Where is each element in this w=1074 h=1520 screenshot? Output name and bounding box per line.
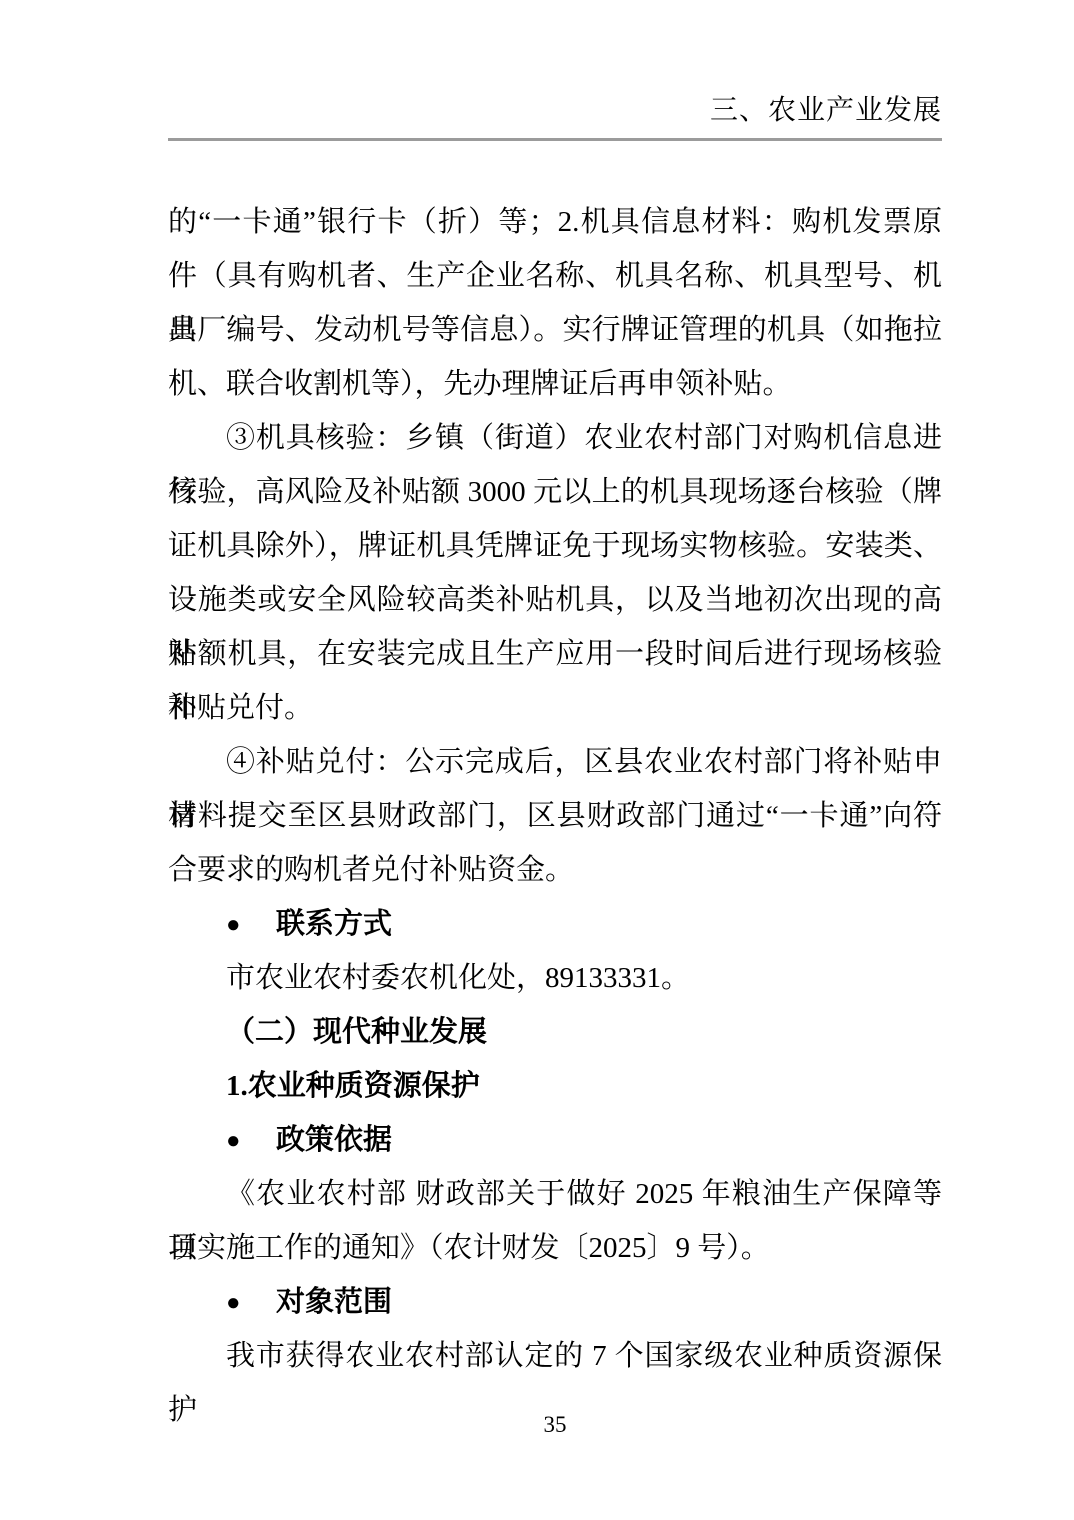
- paragraph-line: 材料提交至区县财政部门，区县财政部门通过“一卡通”向符: [168, 789, 942, 843]
- bullet-item: ●对象范围: [168, 1275, 942, 1329]
- bullet-heading-label: 对象范围: [276, 1286, 392, 1318]
- bullet-icon: ●: [226, 1276, 276, 1330]
- document-body: 的“一卡通”银行卡（折）等；2.机具信息材料：购机发票原件（具有购机者、生产企业…: [168, 195, 942, 1383]
- paragraph-line: 我市获得农业农村部认定的 7 个国家级农业种质资源保护: [168, 1329, 942, 1383]
- section-heading: （二）现代种业发展: [168, 1005, 942, 1059]
- bullet-heading-label: 联系方式: [276, 908, 392, 940]
- paragraph-line: ③机具核验：乡镇（街道）农业农村部门对购机信息进行: [168, 411, 942, 465]
- paragraph-line: 证机具除外），牌证机具凭牌证免于现场实物核验。安装类、: [168, 519, 942, 573]
- paragraph-line: 设施类或安全风险较高类补贴机具，以及当地初次出现的高补: [168, 573, 942, 627]
- bullet-heading-label: 政策依据: [276, 1124, 392, 1156]
- paragraph-line: 机、联合收割机等），先办理牌证后再申领补贴。: [168, 357, 942, 411]
- bullet-icon: ●: [226, 898, 276, 952]
- paragraph-line: 的“一卡通”银行卡（折）等；2.机具信息材料：购机发票原: [168, 195, 942, 249]
- paragraph-line: ④补贴兑付：公示完成后，区县农业农村部门将补贴申请: [168, 735, 942, 789]
- paragraph-line: 目实施工作的通知》（农计财发〔2025〕9 号）。: [168, 1221, 942, 1275]
- page-footer: 35: [168, 1410, 942, 1440]
- bullet-item: ●政策依据: [168, 1113, 942, 1167]
- paragraph-line: 贴额机具，在安装完成且生产应用一段时间后进行现场核验和: [168, 627, 942, 681]
- paragraph-line: 件（具有购机者、生产企业名称、机具名称、机具型号、机具: [168, 249, 942, 303]
- header-divider: [168, 138, 942, 141]
- paragraph-line: 补贴兑付。: [168, 681, 942, 735]
- paragraph-line: 合要求的购机者兑付补贴资金。: [168, 843, 942, 897]
- section-header: 三、农业产业发展: [168, 94, 942, 128]
- paragraph-line: 出厂编号、发动机号等信息）。实行牌证管理的机具（如拖拉: [168, 303, 942, 357]
- document-page: 三、农业产业发展 的“一卡通”银行卡（折）等；2.机具信息材料：购机发票原件（具…: [0, 0, 1074, 1520]
- paragraph-line: 市农业农村委农机化处，89133331。: [168, 951, 942, 1005]
- paragraph-line: 核验，高风险及补贴额 3000 元以上的机具现场逐台核验（牌: [168, 465, 942, 519]
- paragraph-line: 《农业农村部 财政部关于做好 2025 年粮油生产保障等项: [168, 1167, 942, 1221]
- bullet-icon: ●: [226, 1114, 276, 1168]
- bullet-item: ●联系方式: [168, 897, 942, 951]
- page-number: 35: [544, 1412, 567, 1437]
- sub-heading: 1.农业种质资源保护: [168, 1059, 942, 1113]
